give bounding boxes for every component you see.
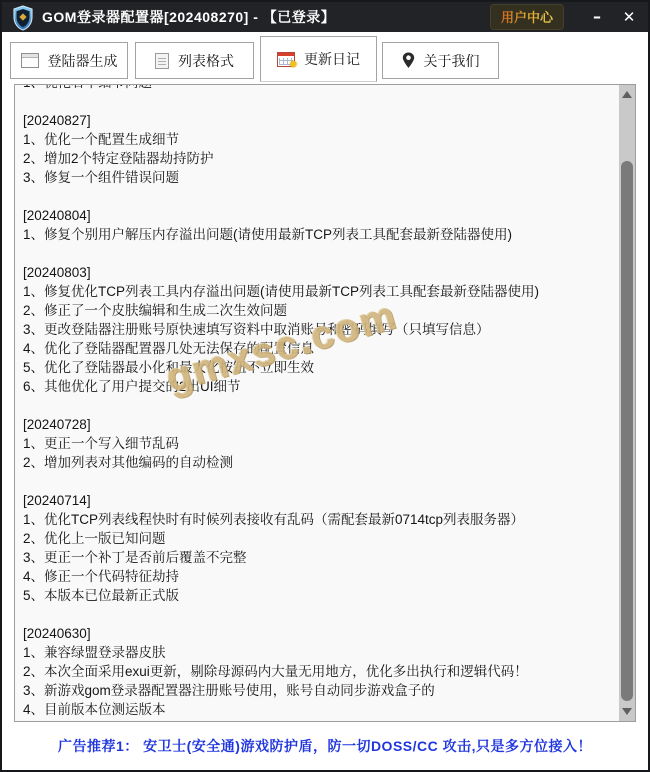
tab-launcher-generate[interactable]: 登陆器生成 — [10, 42, 128, 79]
scrollbar[interactable] — [619, 85, 635, 721]
changelog-line: 1、修复个别用户解压内存溢出问题(请使用最新TCP列表工具配套最新登陆器使用) — [23, 225, 615, 244]
changelog-line: 2、修正了一个皮肤编辑和生成二次生效问题 — [23, 301, 615, 320]
changelog-line: 3、修复一个组件错误问题 — [23, 168, 615, 187]
changelog-date: [20240714] — [23, 491, 615, 510]
changelog-line: 3、更正一个补丁是否前后覆盖不完整 — [23, 548, 615, 567]
changelog-line: 3、新游戏gom登录器配置器注册账号使用，账号自动同步游戏盒子的 — [23, 681, 615, 700]
tab-label: 更新日记 — [304, 49, 360, 69]
changelog-line: 1、修复优化TCP列表工具内存溢出问题(请使用最新TCP列表工具配套最新登陆器使… — [23, 282, 615, 301]
changelog-blank — [23, 396, 615, 415]
changelog-text: 1、优化若干细节问题 [20240827]1、优化一个配置生成细节2、增加2个特… — [23, 84, 615, 719]
tab-bar: 登陆器生成 列表格式 ✹ 更新日记 关于我们 — [2, 32, 648, 84]
changelog-line: 2、优化上一版已知问题 — [23, 529, 615, 548]
ad-text: 广告推荐1： 安卫士(安全通)游戏防护盾，防一切DOSS/CC 攻击,只是多方位… — [58, 736, 592, 756]
titlebar-controls: 用户中心 – ✕ — [490, 4, 642, 30]
tab-about-us[interactable]: 关于我们 — [382, 42, 499, 79]
changelog-line: 2、增加列表对其他编码的自动检测 — [23, 453, 615, 472]
document-icon — [155, 53, 169, 69]
location-pin-icon — [402, 52, 415, 69]
close-button[interactable]: ✕ — [616, 5, 642, 29]
changelog-date: [20240728] — [23, 415, 615, 434]
footer-bar: 广告推荐1： 安卫士(安全通)游戏防护盾，防一切DOSS/CC 攻击,只是多方位… — [2, 722, 648, 770]
scroll-up-arrow-icon[interactable] — [619, 87, 635, 101]
changelog-line: 4、目前版本位测运版本 — [23, 700, 615, 719]
changelog-blank — [23, 92, 615, 111]
changelog-date: [20240827] — [23, 111, 615, 130]
changelog-line: 6、其他优化了用户提交的2出UI细节 — [23, 377, 615, 396]
changelog-blank — [23, 605, 615, 624]
app-window: GOM登录器配置器[202408270] - 【已登录】 用户中心 – ✕ 登陆… — [0, 0, 650, 772]
scroll-down-arrow-icon[interactable] — [619, 705, 635, 719]
scroll-thumb[interactable] — [621, 161, 633, 701]
changelog-line: 1、兼容绿盟登录器皮肤 — [23, 643, 615, 662]
changelog-date: [20240630] — [23, 624, 615, 643]
changelog-blank — [23, 472, 615, 491]
changelog-blank — [23, 187, 615, 206]
changelog-date: [20240804] — [23, 206, 615, 225]
changelog-line: 5、本版本已位最新正式版 — [23, 586, 615, 605]
star-icon: ✹ — [289, 60, 298, 71]
changelog-line: 3、更改登陆器注册账号原快速填写资料中取消账号和密码填写（只填写信息） — [23, 320, 615, 339]
content-panel: 1、优化若干细节问题 [20240827]1、优化一个配置生成细节2、增加2个特… — [2, 84, 648, 722]
changelog-line: 4、修正一个代码特征劫持 — [23, 567, 615, 586]
changelog-line: 1、优化一个配置生成细节 — [23, 130, 615, 149]
changelog-line: 5、优化了登陆器最小化和最大化按钮不立即生效 — [23, 358, 615, 377]
tab-update-log[interactable]: ✹ 更新日记 — [260, 36, 377, 82]
titlebar: GOM登录器配置器[202408270] - 【已登录】 用户中心 – ✕ — [2, 2, 648, 32]
minimize-button[interactable]: – — [584, 5, 610, 29]
user-center-button[interactable]: 用户中心 — [490, 4, 564, 30]
changelog-line: 2、增加2个特定登陆器劫持防护 — [23, 149, 615, 168]
changelog-textarea[interactable]: 1、优化若干细节问题 [20240827]1、优化一个配置生成细节2、增加2个特… — [14, 84, 636, 722]
changelog-blank — [23, 244, 615, 263]
changelog-line: 1、更正一个写入细节乱码 — [23, 434, 615, 453]
tab-list-format[interactable]: 列表格式 — [135, 42, 254, 79]
window-title: GOM登录器配置器[202408270] - 【已登录】 — [42, 7, 490, 27]
window-icon — [21, 53, 39, 68]
tab-label: 登陆器生成 — [48, 51, 118, 71]
changelog-line: 1、优化TCP列表线程快时有时候列表接收有乱码（需配套最新0714tcp列表服务… — [23, 510, 615, 529]
tab-label: 关于我们 — [424, 51, 480, 71]
changelog-line: 2、本次全面采用exui更新，剔除母源码内大量无用地方，优化多出执行和逻辑代码！ — [23, 662, 615, 681]
calendar-icon: ✹ — [277, 52, 295, 67]
tab-label: 列表格式 — [178, 51, 234, 71]
changelog-line: 4、优化了登陆器配置器几处无法保存的配置信息 — [23, 339, 615, 358]
changelog-date: [20240803] — [23, 263, 615, 282]
changelog-line-clipped: 1、优化若干细节问题 — [23, 84, 615, 92]
shield-icon — [12, 5, 34, 31]
user-center-label: 用户中心 — [501, 10, 553, 25]
